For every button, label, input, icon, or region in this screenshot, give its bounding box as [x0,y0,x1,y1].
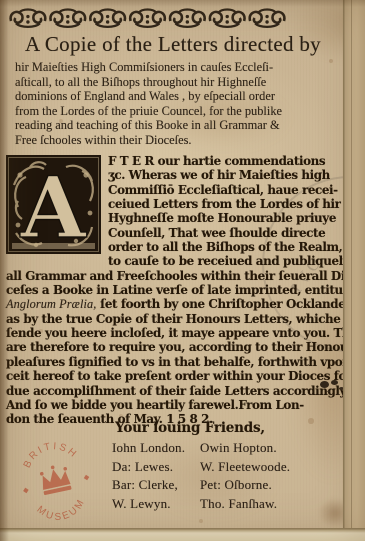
foxing-specks [0,0,2,2]
letter-body: A F T E R our hartie commendations ʒc. W… [6,154,346,427]
signatory: Bar: Clerke, [112,476,200,495]
subtitle-line: from the Lordes of the priuie Councel, f… [15,104,350,119]
body-line: ceit hereof to take preſent order within… [6,369,346,383]
scanned-book-page: IVO A Copie of the Letters directed by h… [0,0,365,541]
signature-heading: Your louing Friends, [20,420,360,436]
signatories-list: Iohn London. Owin Hopton. Da: Lewes. W. … [112,439,290,513]
initial-letter: A [20,158,88,254]
subtitle-line: hir Maieſties High Commiſsioners in cauſ… [15,60,350,75]
body-line: as by the true Copie of their Honours Le… [6,312,346,326]
from-london-text: From Lon- [238,398,303,412]
body-line: ceſes a Booke in Latine verſe of late im… [6,283,346,297]
latin-book-title: Anglorum Prælia, [6,297,96,311]
printers-fleuron-border-icon [8,7,287,30]
signatory: Tho. Fanſhaw. [200,495,290,514]
body-line: to cauſe to be receiued and publiquely r… [6,254,346,268]
page-bottom-edge [0,528,365,541]
subtitle-line: aſticall, to all the Biſhops throughout … [15,75,350,90]
page-right-edge [343,0,365,541]
signatory: Pet: Oſborne. [200,476,290,495]
signatory: Da: Lewes. [112,458,200,477]
woodcut-initial-A-icon: A [6,155,101,254]
body-line: all Grammar and Freeſchooles within thei… [6,269,346,283]
body-line: due accompliſhment of their ſaide Letter… [6,384,346,398]
body-line: are therefore to require you, according … [6,340,346,354]
body-line: ſende you heere incloſed, it maye appear… [6,326,346,340]
page-title: A Copie of the Letters directed by [4,32,342,57]
body-line-latin: Anglorum Prælia, ſet foorth by one Chriſ… [6,297,346,311]
subtitle-block: hir Maieſties High Commiſsioners in cauſ… [15,60,350,147]
subtitle-line: reading and teaching of this Booke in al… [15,118,350,133]
farewell-line: And ſo we bidde you heartily farewel. Fr… [6,398,346,412]
signatory: W. Lewyn. [112,495,200,514]
ink-blot [320,381,329,388]
signatory: Owin Hopton. [200,439,290,458]
farewell-text: And ſo we bidde you heartily farewel. [6,398,238,412]
signatory: Iohn London. [112,439,200,458]
signatory: W. Fleetewoode. [200,458,290,477]
crown-icon [39,463,72,496]
subtitle-line: dominions of England and Wales , by eſpe… [15,89,350,104]
body-line: pleaſures ſignified to vs in that behalf… [6,355,346,369]
latin-line-rest: ſet foorth by one Chriſtopher Ocklande, [96,297,349,311]
subtitle-line: Free ſchooles within their Dioceſes. [15,133,350,148]
